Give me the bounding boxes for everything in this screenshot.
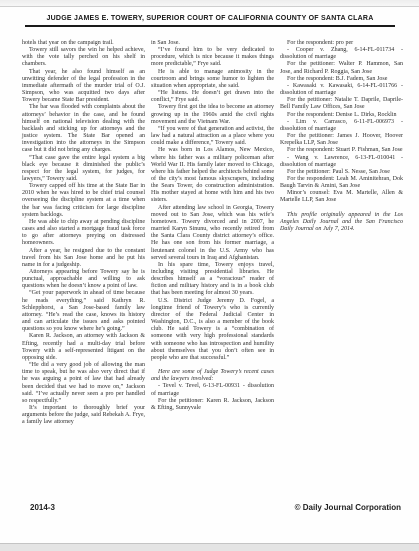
paragraph: - Kawasaki v. Kawasaki, 6-14-FL-011766 -…: [280, 83, 403, 97]
paragraph: “He listens. He doesn’t get drawn into t…: [151, 90, 274, 104]
paragraph: For the respondent: B.J. Fadem, San Jose: [280, 76, 403, 83]
paragraph: He was born in Los Alamos, New Mexico, w…: [151, 147, 274, 204]
paragraph: hotels that year on the campaign trail.: [22, 40, 145, 47]
paragraph: In his spare time, Towery enjoys travel,…: [151, 262, 274, 298]
article-column-2: in San Jose.“I’ve found him to be very d…: [151, 40, 274, 426]
paragraph: For the respondent: pro per: [280, 40, 403, 47]
paragraph: He was able to chip away at pending disc…: [22, 219, 145, 248]
article-column-1: hotels that year on the campaign trail.T…: [22, 40, 145, 426]
copyright-notice: © Daily Journal Corporation: [295, 503, 401, 512]
paragraph: After attending law school in Georgia, T…: [151, 205, 274, 262]
paragraph: “If you were of that generation and acti…: [151, 126, 274, 147]
paragraph: For the petitioner: Karen R. Jackson, Ja…: [151, 398, 274, 412]
paragraph: “Get your paperwork in ahead of time bec…: [22, 290, 145, 333]
page-header: JUDGE JAMES E. TOWERY, SUPERIOR COURT OF…: [25, 15, 395, 27]
paragraph: “He did a very good job of allowing the …: [22, 362, 145, 405]
paragraph: The bar was flooded with complaints abou…: [22, 104, 145, 154]
paragraph: - Wang v. Lawrence, 6-13-FL-010041 - dis…: [280, 155, 403, 169]
paragraph: U.S. District Judge Jeremy D. Fogel, a l…: [151, 298, 274, 362]
page-title: JUDGE JAMES E. TOWERY, SUPERIOR COURT OF…: [25, 15, 395, 25]
paragraph: “I’ve found him to be very dedicated to …: [151, 47, 274, 68]
header-rule: [25, 25, 395, 27]
paragraph: For the respondent: Stuart P. Fishman, S…: [280, 147, 403, 154]
document-page: JUDGE JAMES E. TOWERY, SUPERIOR COURT OF…: [0, 0, 419, 551]
paragraph: For the petitioner: Paul S. Nesse, San J…: [280, 169, 403, 176]
paragraph: Minor’s counsel: Eva M. Martelle, Allen …: [280, 190, 403, 204]
paragraph: For the petitioner: Natalie T. Daprile, …: [280, 97, 403, 111]
page-number: 2014-3: [30, 503, 55, 512]
paragraph: - Lim v. Carrasco, 6-11-FL-006973 - diss…: [280, 119, 403, 133]
paragraph: - Cooper v. Zhang, 6-14-FL-011734 - diss…: [280, 47, 403, 61]
paragraph: After a year, he resigned due to the con…: [22, 248, 145, 269]
paragraph: Attorneys appearing before Towery say he…: [22, 269, 145, 290]
scan-edge-bottom: [0, 543, 419, 551]
paragraph: He is able to manage animosity in the co…: [151, 69, 274, 90]
article-column-3: For the respondent: pro per- Cooper v. Z…: [280, 40, 403, 426]
paragraph: Karen R. Jackson, an attorney with Jacks…: [22, 333, 145, 362]
paragraph: For the respondent: Leah M. Aminitehran,…: [280, 176, 403, 190]
paragraph: This profile originally appeared in the …: [280, 212, 403, 233]
paragraph: Towery capped off his time at the State …: [22, 183, 145, 219]
paragraph: That year, he also found himself as an u…: [22, 69, 145, 105]
paragraph: Towery still savors the win he helped ac…: [22, 47, 145, 68]
paragraph: Towery first got the idea to become an a…: [151, 104, 274, 125]
scan-edge-top: [0, 0, 419, 7]
article-body: hotels that year on the campaign trail.T…: [22, 40, 403, 426]
paragraph: - Tevel v. Tevel, 6-13-FL-00931 - dissol…: [151, 383, 274, 397]
paragraph: “That case gave the entire legal system …: [22, 155, 145, 184]
paragraph: It’s important to thoroughly brief your …: [22, 405, 145, 426]
paragraph: For the respondent: Denise L. Dirks, Roc…: [280, 112, 403, 119]
paragraph: Here are some of Judge Towery’s recent c…: [151, 369, 274, 383]
paragraph: For the petitioner: James J. Hoover, Hoo…: [280, 133, 403, 147]
paragraph: For the petitioner: Walter P. Hammon, Sa…: [280, 61, 403, 75]
page-footer: 2014-3 © Daily Journal Corporation: [30, 503, 401, 512]
